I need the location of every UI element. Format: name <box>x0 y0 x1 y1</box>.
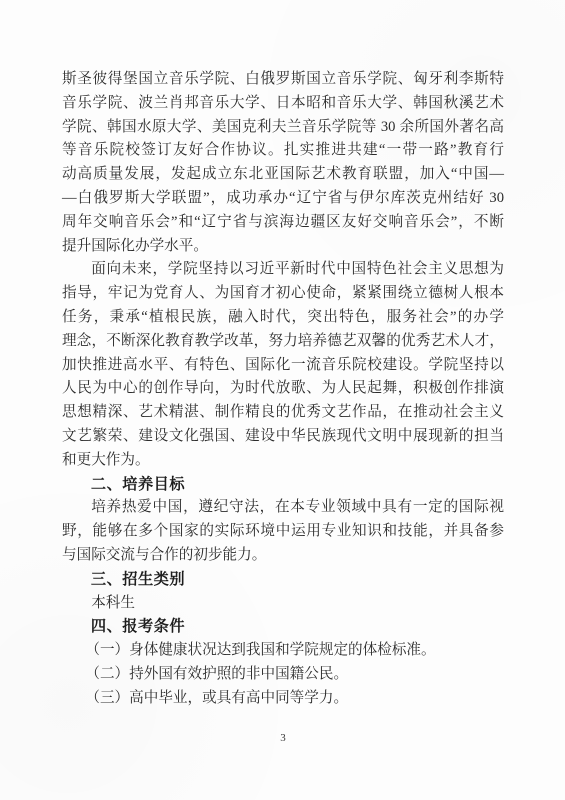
text-line: 面向未来，学院坚持以习近平新时代中国特色社会主义思想为 <box>62 258 504 282</box>
text-line: 文艺繁荣、建设文化强国、建设中华民族现代文明中展现新的担当 <box>62 425 504 449</box>
text-line: 野，能够在多个国家的实际环境中运用专业知识和技能，并具备参 <box>62 520 504 544</box>
intro-paragraph-2: 面向未来，学院坚持以习近平新时代中国特色社会主义思想为指导，牢记为党育人、为国育… <box>62 258 504 472</box>
training-goal-paragraph: 培养热爱中国，遵纪守法，在本专业领域中具有一定的国际视野，能够在多个国家的实际环… <box>62 496 504 567</box>
text-line: —白俄罗斯大学联盟”，成功承办“辽宁省与伊尔库茨克州结好 30 <box>62 187 504 211</box>
text-line: （二）持外国有效护照的非中国籍公民。 <box>62 663 504 687</box>
application-requirements-list: （一）身体健康状况达到我国和学院规定的体检标准。（二）持外国有效护照的非中国籍公… <box>62 639 504 710</box>
text-line: （三）高中毕业，或具有高中同等学力。 <box>62 687 504 711</box>
text-line: 斯圣彼得堡国立音乐学院、白俄罗斯国立音乐学院、匈牙利李斯特 <box>62 68 504 92</box>
text-line: 动高质量发展，发起成立东北亚国际艺术教育联盟，加入“中国— <box>62 163 504 187</box>
text-line: 周年交响音乐会”和“辽宁省与滨海边疆区友好交响音乐会”，不断 <box>62 211 504 235</box>
text-line: 和更大作为。 <box>62 449 504 473</box>
section-heading-application-requirements: 四、报考条件 <box>62 615 504 639</box>
enrollment-category-value: 本科生 <box>62 592 504 616</box>
text-line: 培养热爱中国，遵纪守法，在本专业领域中具有一定的国际视 <box>62 496 504 520</box>
document-page: 斯圣彼得堡国立音乐学院、白俄罗斯国立音乐学院、匈牙利李斯特音乐学院、波兰肖邦音乐… <box>0 0 565 800</box>
intro-paragraph-1: 斯圣彼得堡国立音乐学院、白俄罗斯国立音乐学院、匈牙利李斯特音乐学院、波兰肖邦音乐… <box>62 68 504 258</box>
text-line: 学院、韩国水原大学、美国克利夫兰音乐学院等 30 余所国外著名高 <box>62 116 504 140</box>
text-line: 人民为中心的创作导向，为时代放歌、为人民起舞，积极创作排演 <box>62 377 504 401</box>
page-number: 3 <box>62 731 504 745</box>
section-heading-enrollment-category: 三、招生类别 <box>62 568 504 592</box>
text-line: 与国际交流与合作的初步能力。 <box>62 544 504 568</box>
section-heading-training-goal: 二、培养目标 <box>62 473 504 497</box>
text-line: 提升国际化办学水平。 <box>62 235 504 259</box>
text-line: 指导，牢记为党育人、为国育才初心使命，紧紧围绕立德树人根本 <box>62 282 504 306</box>
text-line: 理念，不断深化教育教学改革，努力培养德艺双馨的优秀艺术人才， <box>62 330 504 354</box>
text-line: 音乐学院、波兰肖邦音乐大学、日本昭和音乐大学、韩国秋溪艺术 <box>62 92 504 116</box>
text-line: 思想精深、艺术精湛、制作精良的优秀文艺作品，在推动社会主义 <box>62 401 504 425</box>
text-line: 任务，秉承“植根民族，融入时代，突出特色，服务社会”的办学 <box>62 306 504 330</box>
text-line: 加快推进高水平、有特色、国际化一流音乐院校建设。学院坚持以 <box>62 354 504 378</box>
text-line: （一）身体健康状况达到我国和学院规定的体检标准。 <box>62 639 504 663</box>
text-line: 等音乐院校签订友好合作协议。扎实推进共建“一带一路”教育行 <box>62 139 504 163</box>
